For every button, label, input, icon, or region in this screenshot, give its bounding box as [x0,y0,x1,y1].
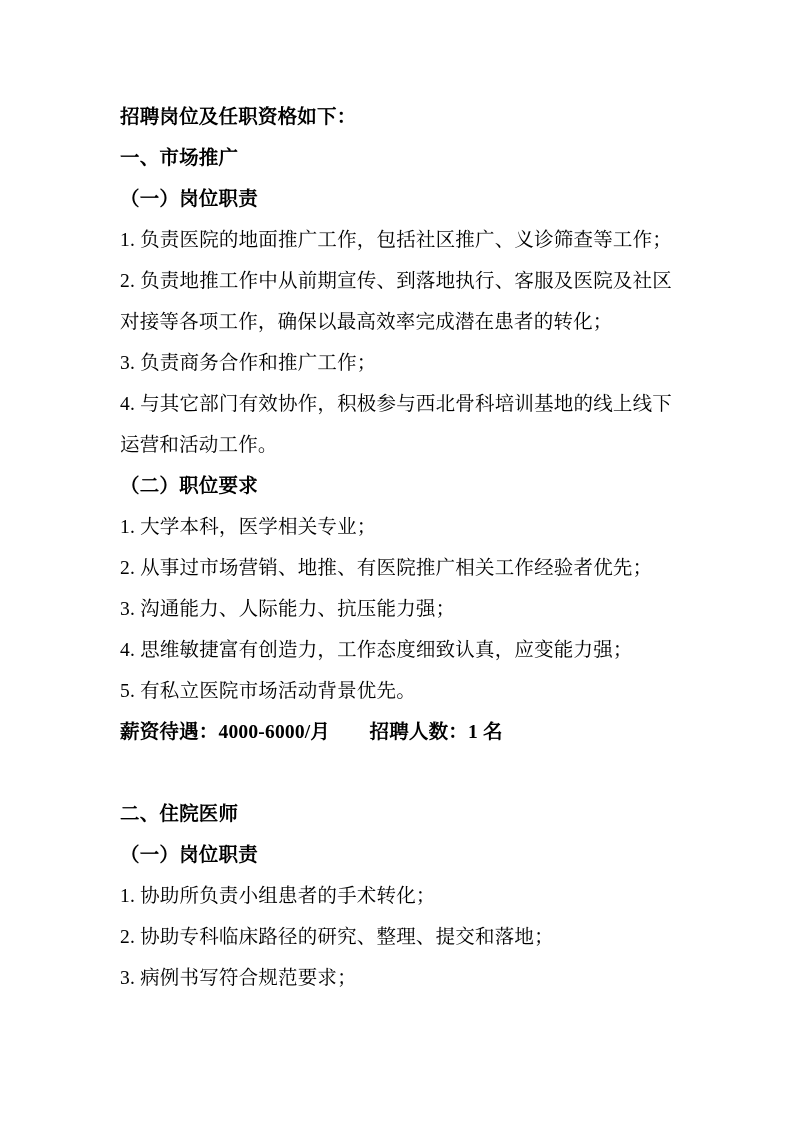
list-item: 2. 从事过市场营销、地推、有医院推广相关工作经验者优先； [120,548,672,589]
list-item: 1. 大学本科，医学相关专业； [120,507,672,548]
blank-line [120,753,672,794]
list-item: 2. 协助专科临床路径的研究、整理、提交和落地； [120,917,672,958]
list-item: 3. 沟通能力、人际能力、抗压能力强； [120,589,672,630]
list-item: 2. 负责地推工作中从前期宣传、到落地执行、客服及医院及社区对接等各项工作，确保… [120,261,672,343]
list-item: 1. 负责医院的地面推广工作，包括社区推广、义诊筛查等工作； [120,220,672,261]
section-1-heading: 一、市场推广 [120,138,672,179]
list-item: 4. 与其它部门有效协作，积极参与西北骨科培训基地的线上线下运营和活动工作。 [120,384,672,466]
list-item: 3. 负责商务合作和推广工作； [120,343,672,384]
document-page: 招聘岗位及任职资格如下： 一、市场推广 （一）岗位职责 1. 负责医院的地面推广… [0,0,793,1122]
list-item: 4. 思维敏捷富有创造力，工作态度细致认真，应变能力强； [120,630,672,671]
section-1-requirements-heading: （二）职位要求 [120,466,672,507]
section-2-heading: 二、住院医师 [120,794,672,835]
list-item: 3. 病例书写符合规范要求； [120,958,672,999]
section-2-duties-heading: （一）岗位职责 [120,835,672,876]
list-item: 1. 协助所负责小组患者的手术转化； [120,876,672,917]
section-1-duties-heading: （一）岗位职责 [120,179,672,220]
salary-and-headcount-line: 薪资待遇：4000-6000/月 招聘人数：1 名 [120,712,672,753]
document-title: 招聘岗位及任职资格如下： [120,97,672,138]
list-item: 5. 有私立医院市场活动背景优先。 [120,671,672,712]
